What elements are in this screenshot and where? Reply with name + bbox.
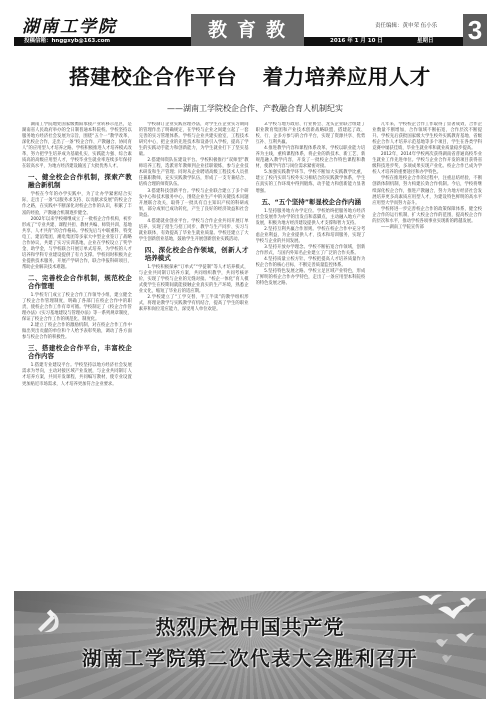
article-column: 学校制订企业实践管理办法，对学生在企业实习期间的管理作出了明确规定，在学校与企业… — [139, 122, 249, 587]
section-heading: 二、完善校企合作机制，规范校企合作管理 — [22, 274, 132, 290]
paragraph: 4.推进教学内容和课程体系改革。学校以职业能力培养为主线，重构课程体系，将企业的… — [256, 146, 366, 170]
paragraph: ——湖南工学院宣传部 — [372, 225, 482, 231]
section-heading: 三、搭建校企合作平台，丰富校企合作内容 — [22, 344, 132, 360]
paragraph: 1.学校专门成立了校企合作工作领导小组，建立健全了校企合作管理制度，明确了各部门… — [22, 293, 132, 323]
page-number: 3 — [463, 14, 487, 46]
paragraph: 2002年以来学校相继成立了一批校企合作机构，初步形成了“专业共建、课程共担、教… — [22, 217, 132, 271]
article-column: 几年来，学校校企合作工作取得了显著成效，合作企业数量不断增加，合作领域不断拓宽，… — [372, 122, 482, 587]
article-headline: 搭建校企合作平台 着力培养应用人才 — [0, 60, 500, 90]
paragraph: 3.搭建科技创新平台。学校与企业联合建立了多个研发中心和技术服务中心，围绕企业生… — [139, 189, 249, 219]
paragraph: 4.坚持质量立校方针。学校把提高人才培养质量作为校企合作的核心目标，不断完善质量… — [256, 257, 366, 269]
contact-email: 投稿信箱：hnggxyb@163.com — [24, 37, 110, 46]
paragraph: 几年来，学校校企合作工作取得了显著成效，合作企业数量不断增加，合作领域不断拓宽，… — [372, 122, 482, 152]
congratulation-banner: 热烈庆祝中国共产党 湖南工学院第二次代表大会胜利召开 — [14, 591, 486, 699]
article-subheadline: ——湖南工学院校企合作、产教融合育人机制纪实 — [0, 103, 500, 114]
paragraph: 2.坚持互利共赢合作原则。学校在校企合作中充分考虑企业利益，为企业提供人才、技术… — [256, 227, 366, 245]
banner-headline: 热烈庆祝中国共产党 — [14, 611, 486, 640]
paragraph: 学校制订企业实践管理办法，对学生在企业实习期间的管理作出了明确规定，在学校与企业… — [139, 122, 249, 158]
paragraph: 3.坚持开放办学理念。学校不断拓宽合作领域，创新合作形式，与国内外知名企业建立了… — [256, 245, 366, 257]
date-bar: 2016 年 1 月 10 日 星期日 — [304, 37, 466, 46]
paragraph: 2.搭建师资队伍建设平台。学校积极推行“双师型”教师培养工程，选派青年教师到企业… — [139, 158, 249, 188]
issue-date: 2016 年 1 月 10 日 — [330, 37, 383, 46]
paragraph: 3.学校与地方政府、行业协会、龙头企业联合组建了职业教育集团和产业技术创新战略联… — [256, 122, 366, 146]
doves-icon — [408, 591, 478, 691]
article-body: 湖南工学院地处国家级衡阳承接产业转移示范区，是湖南省人民政府举办的全日制普通本科… — [22, 122, 482, 587]
editor-credit: 责任编辑：黄申荣 伍小乐 — [375, 21, 437, 29]
paragraph: 4.搭建就业创业平台。学校与合作企业共同开展订单培养，实现了招生与招工同步、教学… — [139, 219, 249, 243]
paragraph: 1.坚持服务地方办学定位。学校始终把服务地方经济社会发展作为办学的出发点和落脚点… — [256, 209, 366, 227]
paragraph: 湖南工学院地处国家级衡阳承接产业转移示范区，是湖南省人民政府举办的全日制普通本科… — [22, 122, 132, 170]
paragraph: 2.学校建立了“工学交替、半工半读”的教学组织形式，将理论教学与实践教学有机结合… — [139, 295, 249, 313]
masthead: 湖南工学院 投稿信箱：hnggxyb@163.com 教育教学 责任编辑：黄申荣… — [0, 0, 500, 50]
newspaper-logo: 湖南工学院 — [22, 12, 117, 37]
paragraph: 学校在推进校企合作的过程中，注重总结经验，不断创新体制机制，努力构建长效合作机制… — [372, 176, 482, 206]
paragraph: 2012年，2014年学校两次获得湖南省普通高校毕业生就业工作先进单位。学校与企… — [372, 152, 482, 176]
section-heading: 五、“五个坚持”彰显校企合作内涵 — [256, 198, 366, 206]
paragraph: 1.搭建专业建设平台。学校坚持以地方经济社会发展需求为导向，主动对接区域产业发展… — [22, 363, 132, 387]
paragraph: 5.加强实践教学环节。学校不断加大实践教学比重，建立了校内实训与校外实习相结合的… — [256, 170, 366, 194]
section-heading: 一、健全校企合作机制，探索产教融合新机制 — [22, 173, 132, 189]
banner-subheadline: 湖南工学院第二次代表大会胜利召开 — [14, 643, 486, 671]
article-column: 3.学校与地方政府、行业协会、龙头企业联合组建了职业教育集团和产业技术创新战略联… — [256, 122, 366, 587]
paragraph: 1.学校积极探索“订单式”“学徒制”等人才培养模式，与企业共同制订培养方案，共同… — [139, 265, 249, 295]
paragraph: 5.坚持特色发展之路。学校立足区域产业特色，形成了鲜明的校企合作办学特色，走出了… — [256, 269, 366, 287]
issue-weekday: 星期日 — [417, 37, 434, 46]
article-column: 湖南工学院地处国家级衡阳承接产业转移示范区，是湖南省人民政府举办的全日制普通本科… — [22, 122, 132, 587]
paragraph: 学校在今年的办学实践中，为了让办学紧密结合实际，走出了一条“以服务求支持、以贡献… — [22, 192, 132, 216]
section-heading: 四、深化校企合作领域，创新人才培养模式 — [139, 246, 249, 262]
paragraph: 学校将进一步完善校企合作的政策保障体系，健全校企合作的运行机制，扩大校企合作的范… — [372, 207, 482, 225]
contact-bar: 投稿信箱：hnggxyb@163.com — [14, 37, 192, 46]
section-title: 教育教学 — [191, 14, 304, 46]
paragraph: 2.建立了校企合作的激励机制，对在校企合作工作中做出突出贡献的单位和个人给予表彰… — [22, 323, 132, 341]
